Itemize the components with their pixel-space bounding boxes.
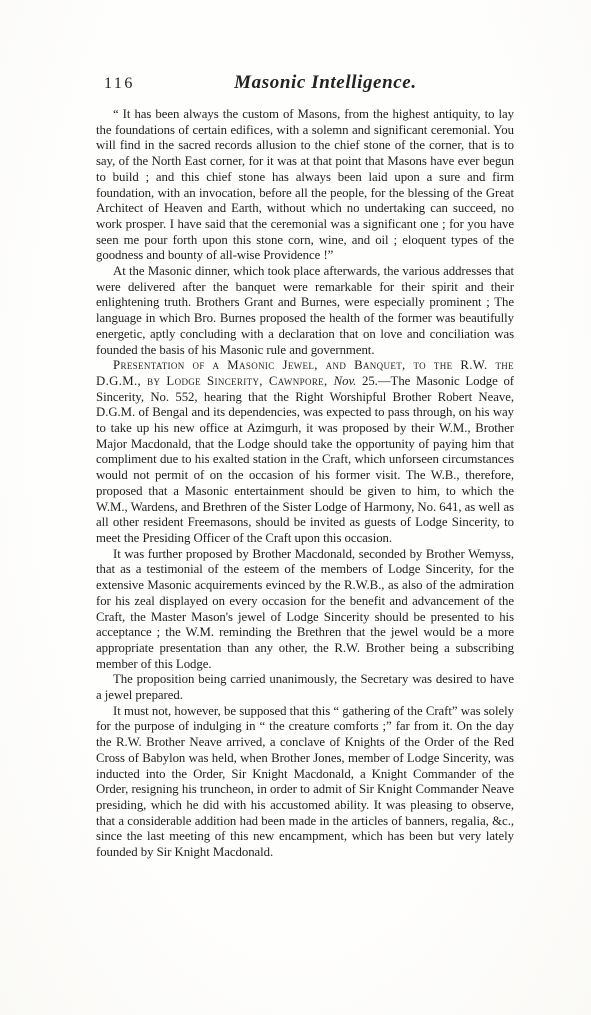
text-segment: It must not, however, be supposed that t… bbox=[96, 704, 514, 859]
paragraph: It was further proposed by Brother Macdo… bbox=[96, 547, 514, 673]
page-number: 116 bbox=[104, 75, 135, 93]
running-head: 116 Masonic Intelligence. bbox=[96, 72, 511, 98]
text-segment: At the Masonic dinner, which took place … bbox=[96, 264, 514, 357]
paragraph: At the Masonic dinner, which took place … bbox=[96, 264, 514, 358]
paragraph: “ It has been always the custom of Mason… bbox=[96, 107, 514, 264]
book-page: 116 Masonic Intelligence. “ It has been … bbox=[0, 0, 591, 1015]
page-body: “ It has been always the custom of Mason… bbox=[96, 107, 514, 861]
text-segment: It was further proposed by Brother Macdo… bbox=[96, 547, 514, 671]
text-segment: Nov. bbox=[334, 374, 357, 388]
paragraph: The proposition being carried unanimousl… bbox=[96, 672, 514, 703]
paragraph: Presentation of a Masonic Jewel, and Ban… bbox=[96, 358, 514, 546]
text-segment: “ It has been always the custom of Mason… bbox=[96, 107, 514, 262]
text-segment: The proposition being carried unanimousl… bbox=[96, 672, 514, 702]
running-title: Masonic Intelligence. bbox=[234, 72, 417, 94]
text-segment: 25.—The Masonic Lodge of Sincerity, No. … bbox=[96, 374, 514, 545]
paragraph: It must not, however, be supposed that t… bbox=[96, 704, 514, 861]
